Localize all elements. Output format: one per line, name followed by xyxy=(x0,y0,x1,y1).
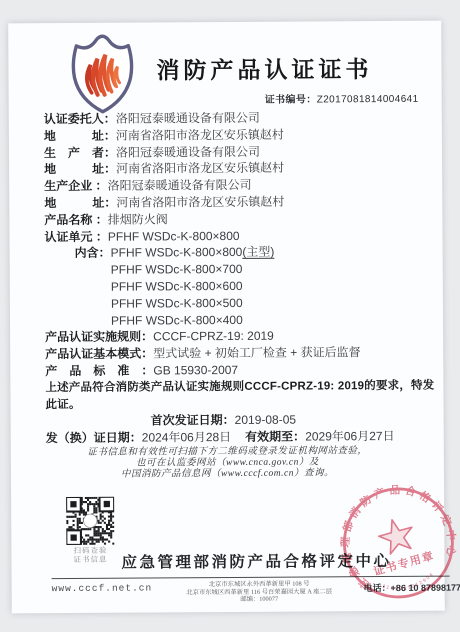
seal-center-text: 证书专用章 xyxy=(372,548,436,578)
footer-website: www.cccf.net.cn xyxy=(52,582,153,594)
certificate-title: 消防产品认证证书 xyxy=(156,51,372,85)
verification-notes: 证书信息和有效性可扫描下方二维码或登录发证机构网站查验，也可在认监委网站（www… xyxy=(11,446,444,482)
field-label: 认证委托人： xyxy=(44,112,116,126)
footer-address: 北京市东城区永外西革新里甲 108 号北京市东城区西革新里 116 号百荣嘉园大… xyxy=(172,580,347,604)
field-value: 河南省洛阳市洛龙区安乐镇赵村 xyxy=(116,161,284,176)
statement-line-1: 上述产品符合消防类产品认证实施规则CCCF-CPRZ-19: 2019的要求，特… xyxy=(45,378,425,397)
field-label: 生产企业 ： xyxy=(44,179,107,193)
field-value: PFHF WSDc-K-800×800 xyxy=(108,228,240,243)
issue-row: 发（换）证日期：2024年06月28日有效期至：2029年06月27日 xyxy=(46,428,426,447)
qr-caption-line: 证书信息 xyxy=(52,555,128,564)
certificate-photo: 消防产品认证证书 证书编号：Z2017081814004641 认证委托人：洛阳… xyxy=(0,0,460,632)
field-value: 河南省洛阳市洛龙区安乐镇赵村 xyxy=(116,127,284,142)
certificate-number: 证书编号：Z2017081814004641 xyxy=(265,90,419,106)
qr-code xyxy=(66,497,114,545)
field-label: 产品认证实施规则： xyxy=(45,330,153,345)
certificate-paper: 消防产品认证证书 证书编号：Z2017081814004641 认证委托人：洛阳… xyxy=(8,21,445,614)
field-value: PFHF WSDc-K-800×600 xyxy=(111,279,243,294)
field-value: 洛阳冠泰暖通设备有限公司 xyxy=(116,144,260,159)
field-label: 产 品 标 准 ： xyxy=(45,363,153,378)
field-value: PFHF WSDc-K-800×700 xyxy=(111,262,243,277)
field-value: 洛阳冠泰暖通设备有限公司 xyxy=(107,178,251,193)
field-value: 排烟防火阀 xyxy=(108,212,168,226)
field-label: 地 址： xyxy=(44,196,116,210)
field-label: 产品名称 ： xyxy=(44,213,107,227)
first-issue-date: 2019-08-05 xyxy=(235,413,296,427)
seal-star xyxy=(376,515,418,555)
issue-date-value: 2024年06月28日 xyxy=(142,430,231,445)
field-label: 地 址： xyxy=(44,162,116,176)
valid-until-label: 有效期至： xyxy=(245,430,305,444)
field-label: 生 产 者： xyxy=(44,145,116,159)
field-label: 产品认证基本模式： xyxy=(45,347,153,362)
first-issue-label: 首次发证日期： xyxy=(151,413,235,428)
field-value: 型式试验 + 初始工厂检查 + 获证后监督 xyxy=(153,345,360,360)
field-value-suffix: (主型) xyxy=(242,245,274,259)
footer-address-line: 邮编：100077 xyxy=(172,595,347,604)
field-value: CCCF-CPRZ-19: 2019 xyxy=(153,329,274,344)
field-value: PFHF WSDc-K-800×400 xyxy=(111,312,243,327)
field-label: 认证单元 ： xyxy=(44,229,107,243)
qr-caption: 扫码查验证书信息 xyxy=(52,546,128,564)
fire-shield-logo-icon xyxy=(64,31,141,119)
qr-caption-line: 扫码查验 xyxy=(52,546,128,555)
field-value: PFHF WSDc-K-800×500 xyxy=(111,296,243,311)
field-value: 河南省洛阳市洛龙区安乐镇赵村 xyxy=(116,195,284,210)
valid-until-value: 2029年06月27日 xyxy=(305,429,394,444)
certificate-number-value: Z2017081814004641 xyxy=(317,94,419,106)
field-value: GB 15930-2007 xyxy=(153,363,238,378)
fields-list: 认证委托人：洛阳冠泰暖通设备有限公司地 址：河南省洛阳市洛龙区安乐镇赵村生 产 … xyxy=(44,109,426,447)
note-line: 中国消防产品信息网（www.cccf.com.cn）查询。 xyxy=(11,468,444,482)
field-value: PFHF WSDc-K-800×800 xyxy=(111,245,243,260)
certificate-number-label: 证书编号： xyxy=(265,94,317,105)
issue-date-label: 发（换）证日期： xyxy=(46,431,142,446)
field-label: 内含： xyxy=(75,246,111,260)
field-label: 地 址： xyxy=(44,128,116,142)
field-value: 洛阳冠泰暖通设备有限公司 xyxy=(116,111,260,126)
